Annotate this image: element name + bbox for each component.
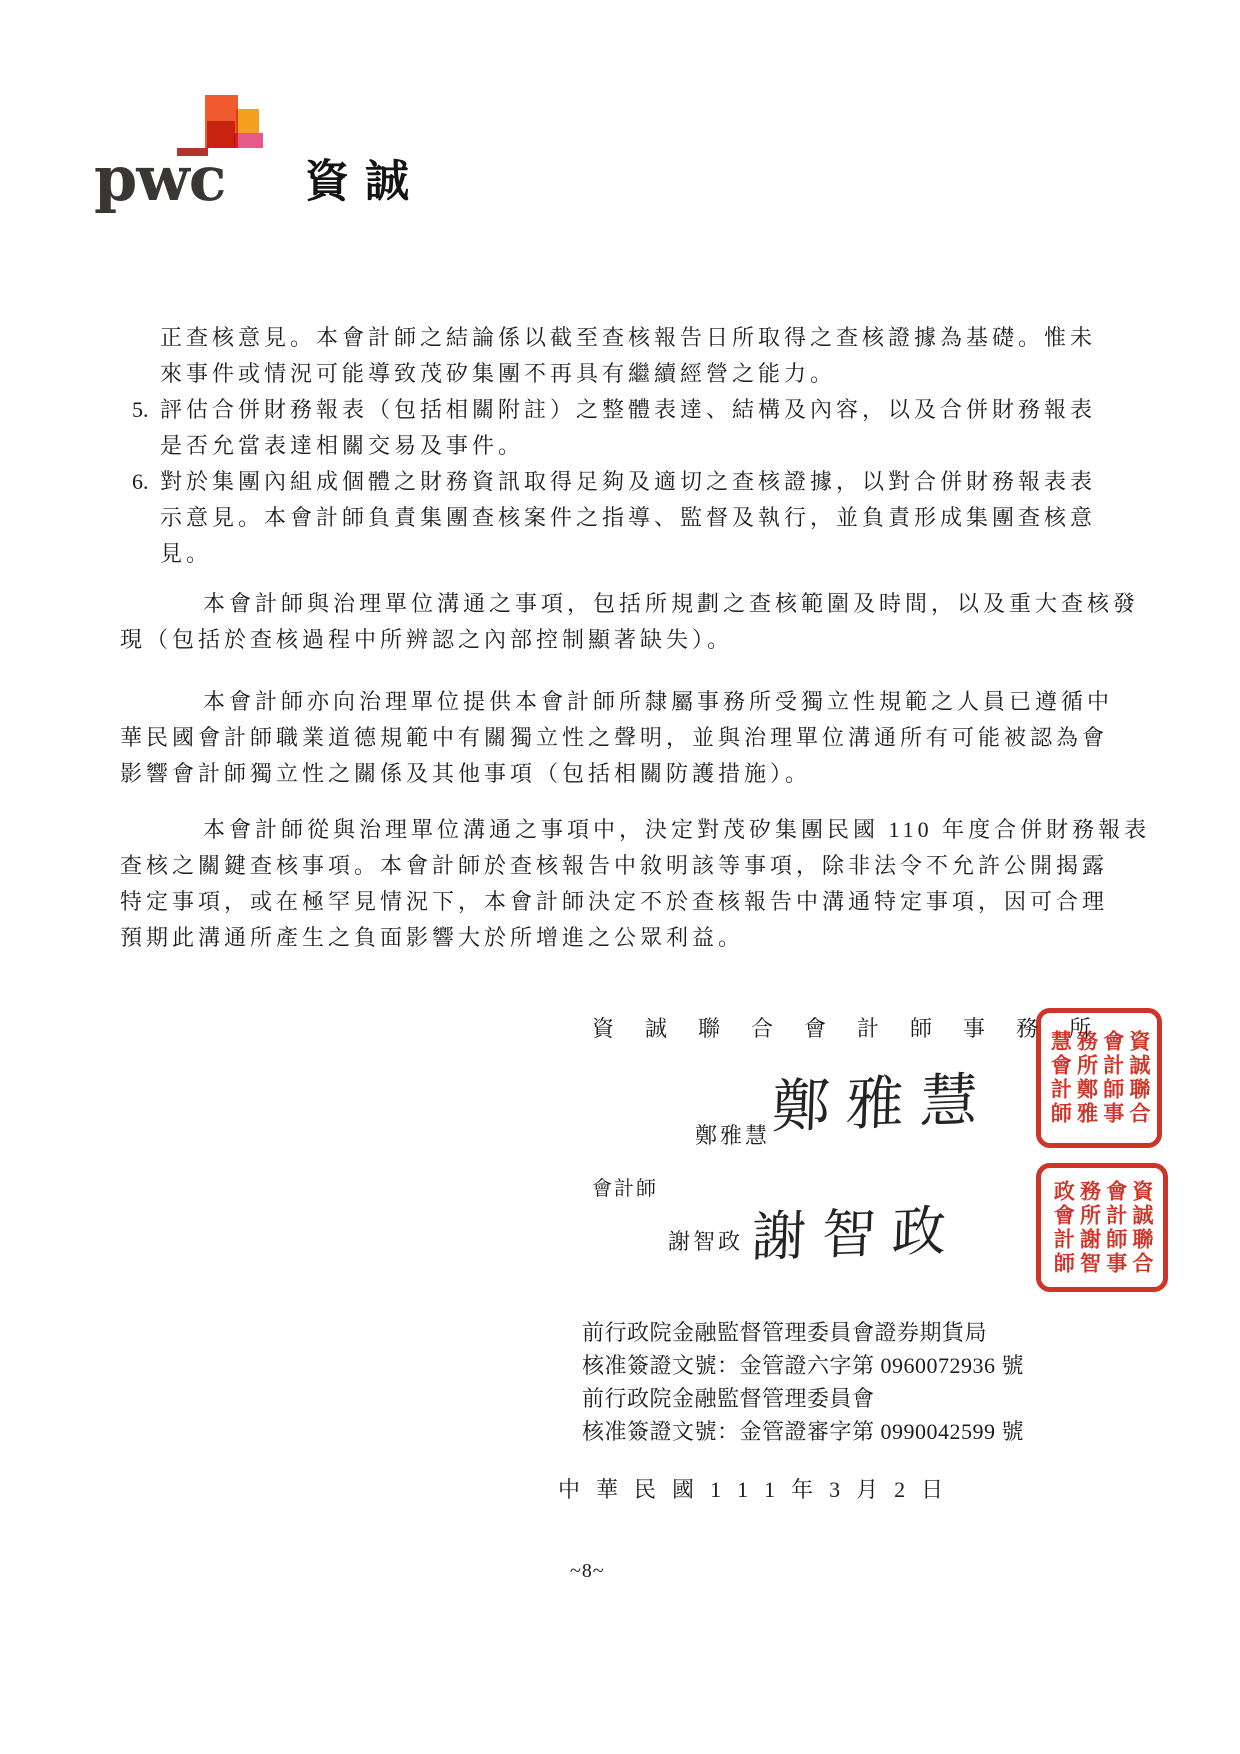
date-token: 月 — [856, 1476, 878, 1504]
text-line: 本會計師與治理單位溝通之事項，包括所規劃之查核範圍及時間，以及重大查核發 — [120, 586, 1110, 622]
report-date-line: 中 華 民 國 1 1 1 年 3 月 2 日 — [558, 1476, 943, 1504]
approval-line: 前行政院金融監督管理委員會證券期貨局 — [582, 1316, 1024, 1349]
text-line: 來事件或情況可能導致茂矽集團不再具有繼續經營之能力。 — [160, 356, 1110, 392]
logo-block-pink — [234, 133, 263, 148]
logo-block-orange — [236, 109, 259, 133]
accountant-label: 會計師 — [592, 1176, 658, 1202]
pwc-chinese-name: 資誠 — [305, 158, 425, 206]
text-line: 正查核意見。本會計師之結論係以截至查核報告日所取得之查核證據為基礎。惟未 — [160, 320, 1110, 356]
seal-column: 資誠聯合 — [1129, 1180, 1154, 1276]
approval-block: 前行政院金融監督管理委員會證券期貨局 核准簽證文號：金管證六字第 0960072… — [582, 1316, 1024, 1448]
text-line: 本會計師從與治理單位溝通之事項中，決定對茂矽集團民國 110 年度合併財務報表 — [120, 812, 1110, 848]
list-item-continuation: 正查核意見。本會計師之結論係以截至查核報告日所取得之查核證據為基礎。惟未 來事件… — [120, 320, 1110, 392]
text-line: 華民國會計師職業道德規範中有關獨立性之聲明，並與治理單位溝通所有可能被認為會 — [120, 720, 1110, 756]
text-line: 示意見。本會計師負責集團查核案件之指導、監督及執行，並負責形成集團查核意 — [160, 500, 1110, 536]
page-number: ~8~ — [570, 1560, 605, 1583]
text-line: 評估合併財務報表（包括相關附註）之整體表達、結構及內容，以及合併財務報表 — [160, 392, 1110, 428]
seal-column: 務所鄭雅 — [1073, 1030, 1098, 1126]
approval-line: 核准簽證文號：金管證六字第 0960072936 號 — [582, 1349, 1024, 1382]
pwc-wordmark: pwc — [94, 148, 225, 210]
seal-column: 會計師事 — [1100, 1030, 1125, 1126]
date-token: 3 — [829, 1476, 840, 1504]
audit-report-page: pwc 資誠 正查核意見。本會計師之結論係以截至查核報告日所取得之查核證據為基礎… — [0, 0, 1240, 1754]
date-token: 1 — [764, 1476, 775, 1504]
date-token: 華 — [596, 1476, 618, 1504]
list-item-6: 6. 對於集團內組成個體之財務資訊取得足夠及適切之查核證據，以對合併財務報表表 … — [120, 464, 1110, 572]
list-item-5: 5. 評估合併財務報表（包括相關附註）之整體表達、結構及內容，以及合併財務報表 … — [120, 392, 1110, 464]
paragraph-independence: 本會計師亦向治理單位提供本會計師所隸屬事務所受獨立性規範之人員已遵循中 華民國會… — [120, 684, 1110, 792]
date-token: 國 — [672, 1476, 694, 1504]
date-token: 中 — [558, 1476, 580, 1504]
red-seal-accountant-1: 資誠聯合 會計師事 務所鄭雅 慧會計師 — [1036, 1008, 1162, 1148]
red-seal-accountant-2: 資誠聯合 會計師事 務所謝智 政會計師 — [1036, 1163, 1168, 1292]
date-token: 1 — [710, 1476, 721, 1504]
approval-line: 前行政院金融監督管理委員會 — [582, 1382, 1024, 1415]
text-line: 本會計師亦向治理單位提供本會計師所隸屬事務所受獨立性規範之人員已遵循中 — [120, 684, 1110, 720]
seal-column: 務所謝智 — [1076, 1180, 1101, 1276]
seal-column: 政會計師 — [1050, 1180, 1075, 1276]
date-token: 2 — [894, 1476, 905, 1504]
paragraph-key-audit-matters: 本會計師從與治理單位溝通之事項中，決定對茂矽集團民國 110 年度合併財務報表 … — [120, 812, 1110, 956]
date-token: 日 — [921, 1476, 943, 1504]
accountant-handwritten-signature-2: 謝智政 — [751, 1201, 963, 1268]
date-token: 年 — [791, 1476, 813, 1504]
item-number: 5. — [132, 392, 149, 428]
text-line: 預期此溝通所產生之負面影響大於所增進之公眾利益。 — [120, 920, 1110, 956]
text-line: 現（包括於查核過程中所辨認之內部控制顯著缺失）。 — [120, 622, 1110, 658]
accountant-printed-name-1: 鄭雅慧 — [695, 1122, 770, 1150]
item-number: 6. — [132, 464, 149, 500]
text-line: 影響會計師獨立性之關係及其他事項（包括相關防護措施）。 — [120, 756, 1110, 792]
paragraph-communication: 本會計師與治理單位溝通之事項，包括所規劃之查核範圍及時間，以及重大查核發 現（包… — [120, 586, 1110, 658]
text-line: 是否允當表達相關交易及事件。 — [160, 428, 1110, 464]
seal-column: 資誠聯合 — [1126, 1030, 1151, 1126]
text-line: 見。 — [160, 536, 1110, 572]
seal-column: 慧會計師 — [1047, 1030, 1072, 1126]
audit-body-text: 正查核意見。本會計師之結論係以截至查核報告日所取得之查核證據為基礎。惟未 來事件… — [120, 320, 1110, 956]
text-line: 特定事項，或在極罕見情況下，本會計師決定不於查核報告中溝通特定事項，因可合理 — [120, 884, 1110, 920]
text-line: 查核之關鍵查核事項。本會計師於查核報告中敘明該等事項，除非法令不允許公開揭露 — [120, 848, 1110, 884]
seal-column: 會計師事 — [1103, 1180, 1128, 1276]
accountant-handwritten-signature-1: 鄭雅慧 — [771, 1070, 995, 1138]
approval-line: 核准簽證文號：金管證審字第 0990042599 號 — [582, 1415, 1024, 1448]
text-line: 對於集團內組成個體之財務資訊取得足夠及適切之查核證據，以對合併財務報表表 — [160, 464, 1110, 500]
date-token: 民 — [634, 1476, 656, 1504]
date-token: 1 — [737, 1476, 748, 1504]
accountant-printed-name-2: 謝智政 — [668, 1228, 743, 1256]
